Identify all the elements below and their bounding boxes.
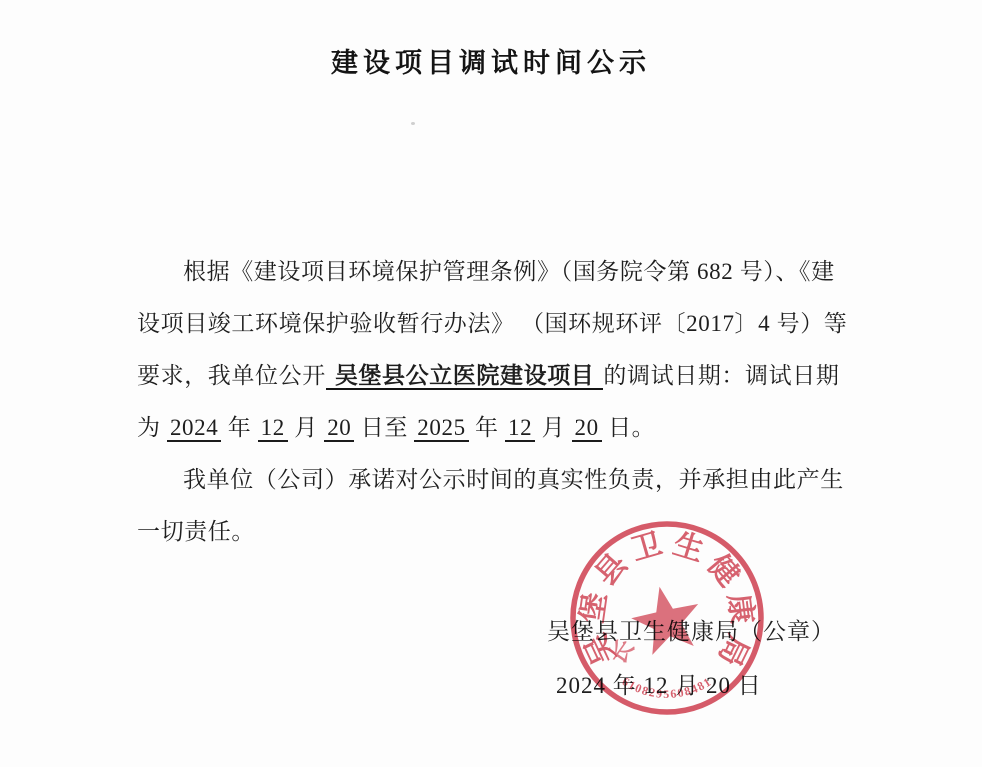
seal-arc-char: 堡 <box>576 591 613 625</box>
body-line-1-text: 根据《建设项目环境保护管理条例》（国务院令第 682 号）、《建 <box>183 259 835 284</box>
end-year: 2025 <box>414 415 468 442</box>
seal-serial-number: 6108295608481 <box>619 674 714 701</box>
line4-t5: 年 <box>469 415 505 440</box>
official-seal-stamp: 吴 堡 县 卫 生 健 康 局 长 6108295608481 <box>567 518 767 718</box>
end-day: 20 <box>572 415 602 442</box>
body-line-4: 为 2024 年 12 月 20 日至 2025 年 12 月 20 日。 <box>137 402 847 454</box>
start-year: 2024 <box>167 415 221 442</box>
line4-t6: 月 <box>535 415 571 440</box>
body-line-2: 设项目竣工环境保护验收暂行办法》 （国环规环评〔2017〕4 号）等 <box>137 298 847 350</box>
line4-t7: 日。 <box>602 415 656 440</box>
start-day: 20 <box>324 415 354 442</box>
seal-arc-char: 康 <box>722 592 759 626</box>
body-text: 根据《建设项目环境保护管理条例》（国务院令第 682 号）、《建 设项目竣工环境… <box>137 246 847 558</box>
project-name: 吴堡县公立医院建设项目 <box>335 363 595 388</box>
seal-star-icon <box>626 580 706 658</box>
seal-serial-container: 6108295608481 <box>619 674 714 701</box>
line4-t3: 月 <box>288 415 324 440</box>
body-line-5: 我单位（公司）承诺对公示时间的真实性负责，并承担由此产生 <box>137 454 847 506</box>
line4-t1: 为 <box>137 415 167 440</box>
document-page: 建设项目调试时间公示 根据《建设项目环境保护管理条例》（国务院令第 682 号）… <box>0 0 982 767</box>
line4-t2: 年 <box>221 415 257 440</box>
body-line-5-text: 我单位（公司）承诺对公示时间的真实性负责，并承担由此产生 <box>183 467 844 492</box>
body-line-2-text: 设项目竣工环境保护验收暂行办法》 （国环规环评〔2017〕4 号）等 <box>137 311 847 336</box>
paper-speck <box>411 122 415 125</box>
seal-arc-char: 生 <box>669 528 707 568</box>
page-title: 建设项目调试时间公示 <box>0 41 982 80</box>
project-name-underlined: 吴堡县公立医院建设项目 <box>326 363 604 390</box>
end-month: 12 <box>505 415 535 442</box>
seal-arc-char: 卫 <box>628 527 666 567</box>
body-line-3-post: 的调试日期：调试日期 <box>603 363 839 388</box>
body-line-3: 要求，我单位公开吴堡县公立医院建设项目的调试日期：调试日期 <box>137 350 847 402</box>
body-line-3-pre: 要求，我单位公开 <box>137 363 326 388</box>
body-line-6-text: 一切责任。 <box>137 519 255 544</box>
body-line-1: 根据《建设项目环境保护管理条例》（国务院令第 682 号）、《建 <box>137 246 847 298</box>
start-month: 12 <box>258 415 288 442</box>
line4-t4: 日至 <box>354 415 414 440</box>
